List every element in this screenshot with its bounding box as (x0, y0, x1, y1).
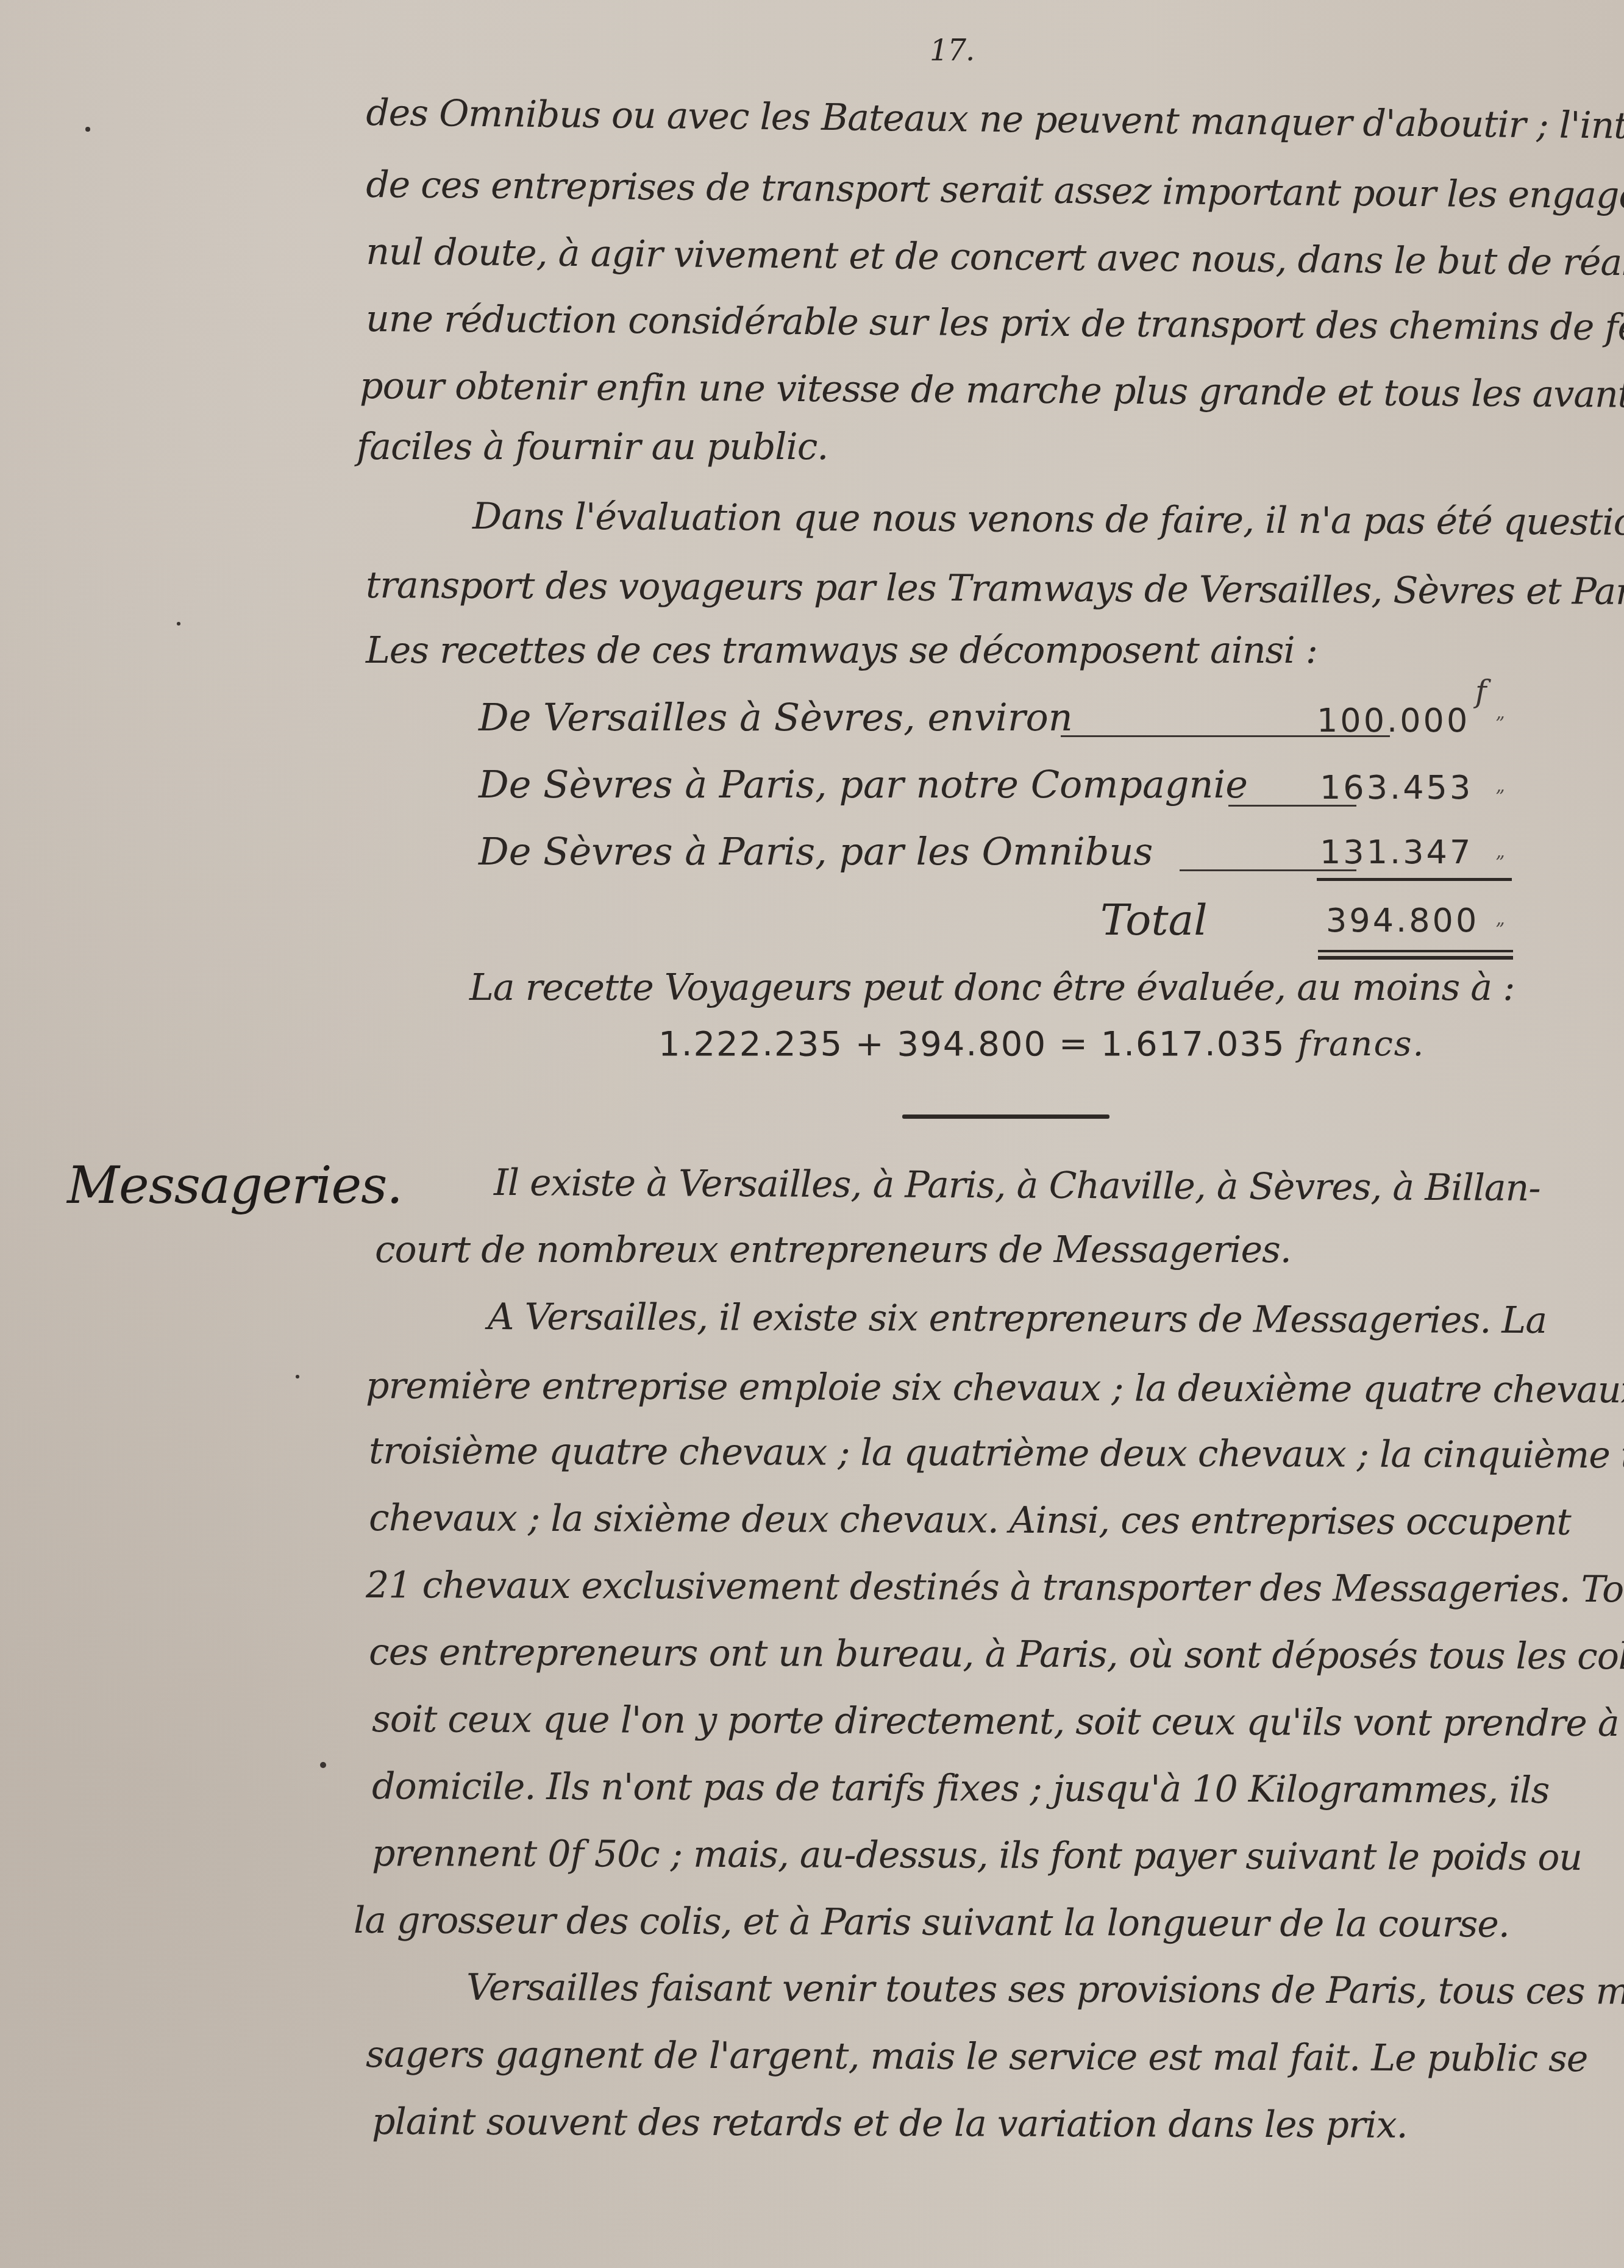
ditto-mark: ” (1495, 713, 1505, 735)
text-line: domicile. Ils n'ont pas de tarifs fixes … (372, 1765, 1550, 1812)
paper-speck (320, 1762, 326, 1768)
text-line: des Omnibus ou avec les Bateaux ne peuve… (366, 91, 1624, 148)
ledger-label: De Versailles à Sèvres, environ (479, 695, 1073, 740)
page-number: 17. (930, 34, 974, 68)
equation-unit: francs. (1297, 1024, 1425, 1064)
text-line: Dans l'évaluation que nous venons de fai… (472, 495, 1624, 544)
text-line: ces entrepreneurs ont un bureau, à Paris… (369, 1631, 1624, 1678)
text-line: La recette Voyageurs peut donc être éval… (469, 966, 1514, 1009)
text-line: 21 chevaux exclusivement destinés à tran… (366, 1564, 1624, 1611)
ditto-mark: ” (1495, 786, 1505, 808)
text-line: faciles à fournir au public. (357, 426, 828, 468)
equation-expression: 1.222.235 + 394.800 = 1.617.035 (658, 1024, 1286, 1064)
text-line: une réduction considérable sur les prix … (366, 298, 1624, 349)
ledger-amount: 100.000 (1317, 701, 1470, 740)
total-amount: 394.800 (1326, 901, 1479, 940)
franc-symbol: f (1475, 674, 1487, 709)
total-label: Total (1100, 895, 1208, 945)
margin-heading-messageries: Messageries. (67, 1155, 402, 1215)
text-line: la grosseur des colis, et à Paris suivan… (354, 1899, 1509, 1946)
text-line: de ces entreprises de transport serait a… (366, 163, 1624, 218)
text-line: soit ceux que l'on y porte directement, … (372, 1698, 1619, 1745)
ditto-mark: ” (1495, 852, 1505, 874)
manuscript-page: 17. des Omnibus ou avec les Bateaux ne p… (0, 0, 1624, 2268)
text-line: première entreprise emploie six chevaux … (366, 1364, 1624, 1412)
ditto-mark: ” (1495, 919, 1505, 941)
ledger-label: De Sèvres à Paris, par les Omnibus (479, 829, 1153, 874)
text-line: pour obtenir enfin une vitesse de marche… (360, 365, 1624, 417)
text-line: Il existe à Versailles, à Paris, à Chavi… (494, 1161, 1540, 1210)
text-line: court de nombreux entrepreneurs de Messa… (375, 1228, 1291, 1271)
text-line: Versailles faisant venir toutes ses prov… (466, 1966, 1624, 2013)
ledger-amount: 163.453 (1320, 768, 1473, 807)
text-line: Les recettes de ces tramways se décompos… (366, 629, 1317, 672)
ledger-label: De Sèvres à Paris, par notre Compagnie (479, 762, 1248, 807)
text-line: prennent 0f 50c ; mais, au-dessus, ils f… (372, 1832, 1582, 1879)
text-line: plaint souvent des retards et de la vari… (372, 2100, 1408, 2147)
text-line: troisième quatre chevaux ; la quatrième … (369, 1430, 1624, 1477)
text-line: transport des voyageurs par les Tramways… (366, 564, 1624, 613)
sum-underline (1317, 878, 1512, 881)
revenue-equation: 1.222.235 + 394.800 = 1.617.035 francs. (658, 1024, 1425, 1064)
paper-speck (177, 622, 180, 626)
section-separator (902, 1114, 1109, 1119)
text-line: sagers gagnent de l'argent, mais le serv… (366, 2033, 1588, 2080)
text-line: nul doute, à agir vivement et de concert… (366, 230, 1624, 285)
total-double-underline-bottom (1318, 956, 1513, 960)
text-line: A Versailles, il existe six entrepreneur… (488, 1296, 1547, 1342)
text-line: chevaux ; la sixième deux chevaux. Ainsi… (369, 1497, 1571, 1544)
paper-speck (296, 1375, 299, 1378)
paper-speck (85, 127, 90, 132)
ledger-amount: 131.347 (1320, 833, 1473, 871)
total-double-underline-top (1318, 950, 1513, 952)
